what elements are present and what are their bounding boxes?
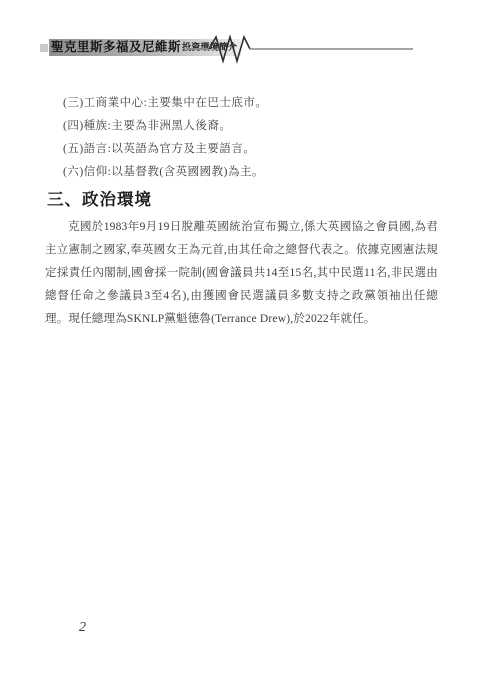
page-number: 2 [79,620,86,636]
page-header: 聖克里斯多福及尼維斯 投資環境簡介 [0,0,480,70]
list-item: (六)信仰:以基督教(含英國國教)為主。 [63,161,267,184]
header-bullet-square [40,44,48,52]
section-paragraph: 克國於1983年9月19日脫離英國統治宣布獨立,係大英國協之會員國,為君主立憲制… [45,216,438,331]
list-item: (五)語言:以英語為官方及主要語言。 [63,138,267,161]
section-heading: 三、政治環境 [47,186,152,210]
list-item: (四)種族:主要為非洲黑人後裔。 [63,115,267,138]
header-rule-zigzag-icon [186,30,416,68]
list-item: (三)工商業中心:主要集中在巴士底市。 [63,92,267,115]
document-page: 聖克里斯多福及尼維斯 投資環境簡介 (三)工商業中心:主要集中在巴士底市。 (四… [0,0,480,679]
booklet-title-main: 聖克里斯多福及尼維斯 [51,41,181,54]
info-list: (三)工商業中心:主要集中在巴士底市。 (四)種族:主要為非洲黑人後裔。 (五)… [63,92,267,184]
